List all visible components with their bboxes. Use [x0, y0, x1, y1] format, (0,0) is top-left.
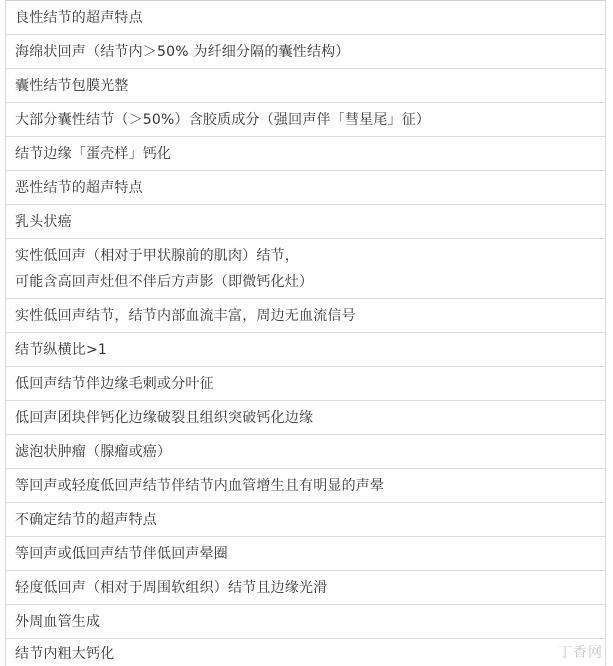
- table-row: 低回声结节伴边缘毛刺或分叶征: [6, 367, 605, 401]
- table-row: 囊性结节包膜光整: [6, 69, 605, 103]
- row-text: 恶性结节的超声特点: [15, 175, 605, 201]
- table-row: 等回声或低回声结节伴低回声晕圈: [6, 537, 605, 571]
- row-text: 滤泡状肿瘤（腺瘤或癌）: [15, 439, 605, 465]
- row-text: 大部分囊性结节（＞50%）含胶质成分（强回声伴「彗星尾」征）: [15, 107, 605, 133]
- row-text: 可能含高回声灶但不伴后方声影（即微钙化灶）: [15, 269, 605, 295]
- row-text: 结节纵横比>1: [15, 337, 605, 363]
- row-text: 结节边缘「蛋壳样」钙化: [15, 141, 605, 167]
- row-text: 外周血管生成: [15, 609, 605, 635]
- table-row: 轻度低回声（相对于周围软组织）结节且边缘光滑: [6, 571, 605, 605]
- row-text: 实性低回声（相对于甲状腺前的肌肉）结节，: [15, 243, 605, 269]
- table-row: 实性低回声（相对于甲状腺前的肌肉）结节， 可能含高回声灶但不伴后方声影（即微钙化…: [6, 239, 605, 299]
- watermark: 丁香网: [558, 642, 603, 662]
- row-text: 不确定结节的超声特点: [15, 507, 605, 533]
- row-text: 等回声或低回声结节伴低回声晕圈: [15, 541, 605, 567]
- table-row: 等回声或轻度低回声结节伴结节内血管增生且有明显的声晕: [6, 469, 605, 503]
- row-text: 低回声团块伴钙化边缘破裂且组织突破钙化边缘: [15, 405, 605, 431]
- row-text: 海绵状回声（结节内＞50% 为纤细分隔的囊性结构）: [15, 39, 605, 65]
- table-row-malignant-header: 恶性结节的超声特点: [6, 171, 605, 205]
- row-text: 等回声或轻度低回声结节伴结节内血管增生且有明显的声晕: [15, 473, 605, 499]
- table-row: 海绵状回声（结节内＞50% 为纤细分隔的囊性结构）: [6, 35, 605, 69]
- table-row-indeterminate-header: 不确定结节的超声特点: [6, 503, 605, 537]
- row-text: 乳头状癌: [15, 209, 605, 235]
- table-row: 结节边缘「蛋壳样」钙化: [6, 137, 605, 171]
- row-text: 低回声结节伴边缘毛刺或分叶征: [15, 371, 605, 397]
- table-row: 低回声团块伴钙化边缘破裂且组织突破钙化边缘: [6, 401, 605, 435]
- row-text: 结节内粗大钙化: [15, 641, 605, 666]
- table-row: 结节内粗大钙化: [6, 639, 605, 666]
- table-row-benign-header: 良性结节的超声特点: [6, 1, 605, 35]
- table-row: 大部分囊性结节（＞50%）含胶质成分（强回声伴「彗星尾」征）: [6, 103, 605, 137]
- table-row: 外周血管生成: [6, 605, 605, 639]
- row-text: 轻度低回声（相对于周围软组织）结节且边缘光滑: [15, 575, 605, 601]
- row-text: 良性结节的超声特点: [15, 5, 605, 31]
- table-row: 结节纵横比>1: [6, 333, 605, 367]
- table-row: 滤泡状肿瘤（腺瘤或癌）: [6, 435, 605, 469]
- table-row: 乳头状癌: [6, 205, 605, 239]
- table-row: 实性低回声结节，结节内部血流丰富，周边无血流信号: [6, 299, 605, 333]
- row-text: 囊性结节包膜光整: [15, 73, 605, 99]
- ultrasound-features-table: 良性结节的超声特点 海绵状回声（结节内＞50% 为纤细分隔的囊性结构） 囊性结节…: [5, 0, 606, 666]
- row-text: 实性低回声结节，结节内部血流丰富，周边无血流信号: [15, 303, 605, 329]
